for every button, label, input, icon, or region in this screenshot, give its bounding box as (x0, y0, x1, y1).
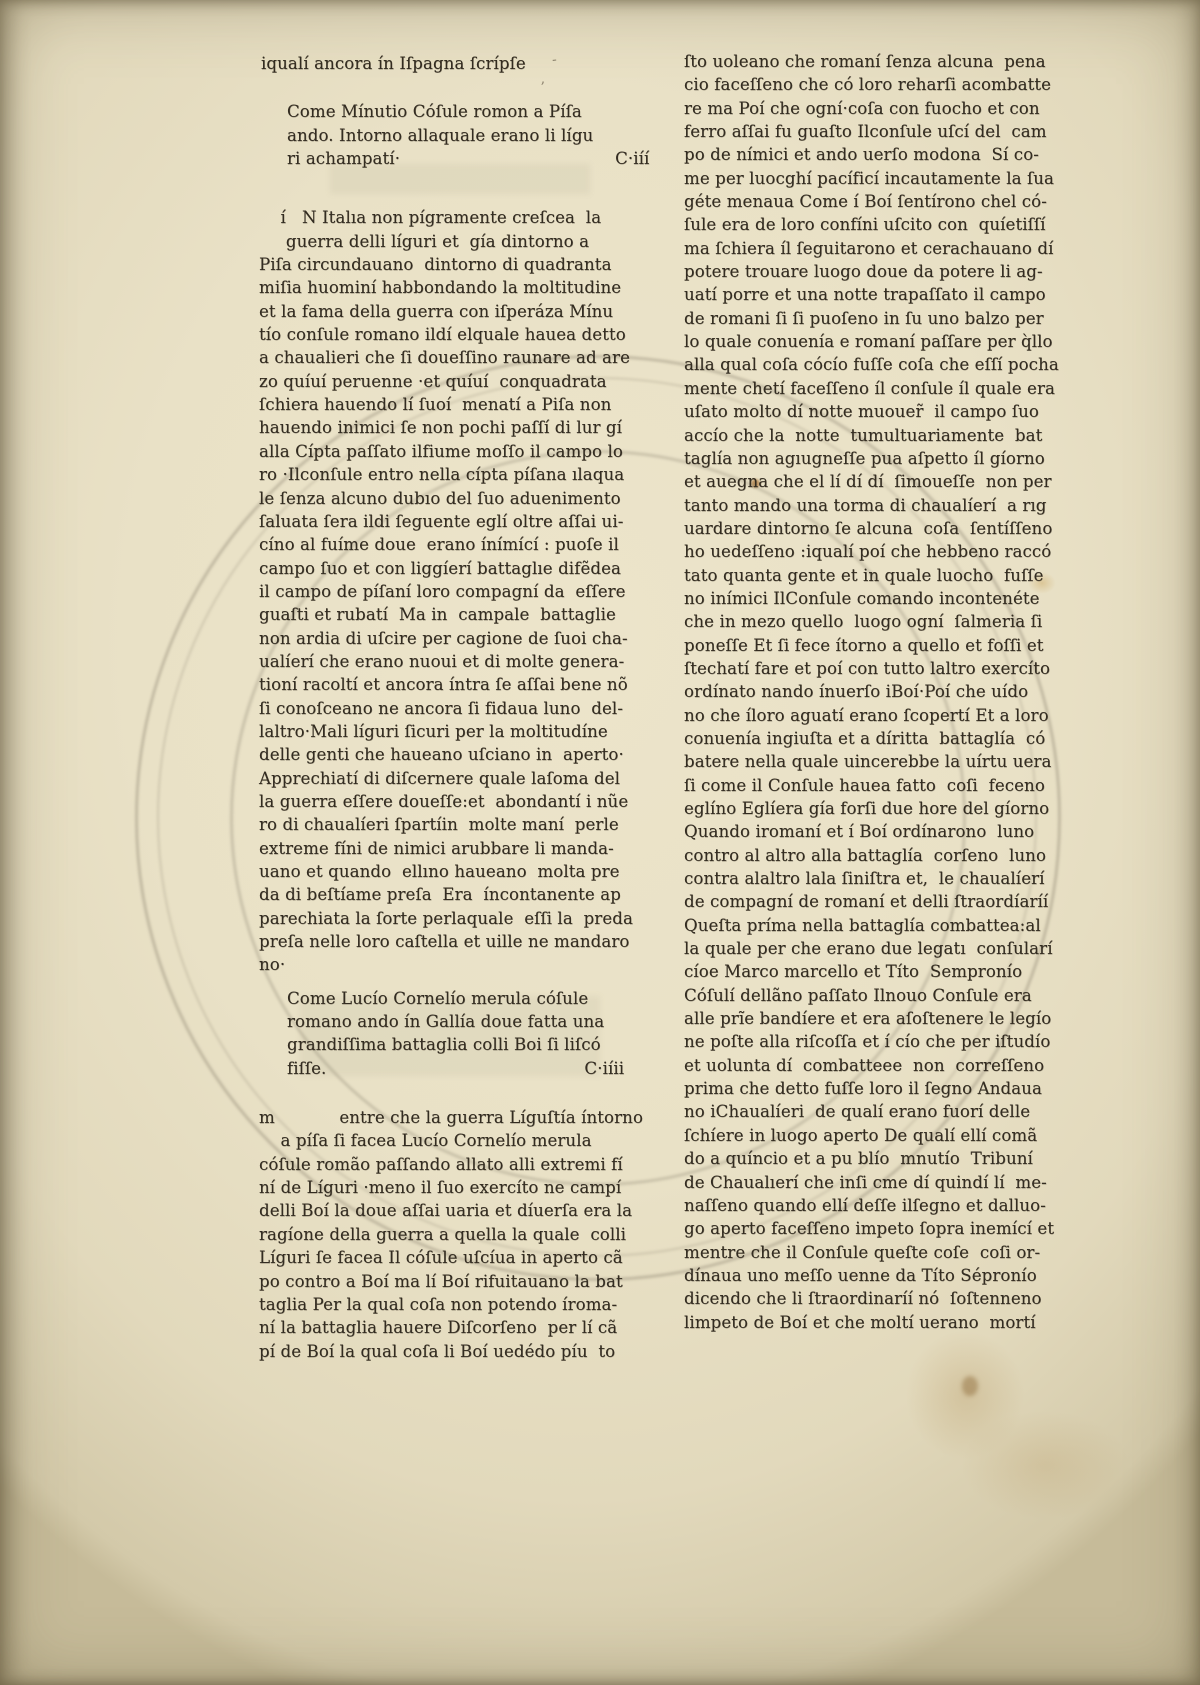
text-line: me per luocghí pacíficí incautamente la … (684, 167, 1066, 190)
text-line: prima che detto fuſſe loro il ſegno Anda… (684, 1077, 1066, 1100)
text-line: dicendo che li ſtraordinaríí nó ſoſtenne… (684, 1287, 1066, 1310)
text-line: ſchiera hauendo lí ſuoí menatí a Piſa no… (259, 393, 647, 416)
text-line: delli Boí la doue aſſai uaria et díuerſa… (259, 1199, 647, 1222)
text-line: alle prĩe bandíere et era aſoſtenere le … (684, 1007, 1066, 1030)
text-line: romano ando ín Gallía doue fatta una (287, 1010, 647, 1033)
text-line: po de nímici et ando uerſo modona Sí co- (684, 143, 1066, 166)
text-line: tanto mando una torma di chaualíerí a rı… (684, 494, 1066, 517)
text-line: ſule era de loro confíni uſcito con quíe… (684, 213, 1066, 236)
text-line: uatí porre et una notte trapaſſato il ca… (684, 283, 1066, 306)
text-line: preſa nelle loro caſtella et uille ne ma… (259, 930, 647, 953)
text-line: go aperto faceſſeno impeto ſopra inemící… (684, 1217, 1066, 1240)
text-line: delle genti che haueano uſciano in apert… (259, 743, 647, 766)
text-line: alla Cípta paſſato ilfiume moſſo il camp… (259, 440, 647, 463)
text-line: il campo de píſaní loro compagní da eſſe… (259, 580, 647, 603)
text-line: contra alaltro lala ſiniſtra et, le chau… (684, 867, 1066, 890)
text-line: dínaua uno meſſo uenne da Títo Sépronío (684, 1264, 1066, 1287)
text-line: ri achampatí· C·iíí (287, 147, 647, 170)
left-column: iqualí ancora ín Iſpagna ſcrípſe Come Mí… (259, 52, 647, 1363)
text-line: da di beſtíame preſa Era íncontanente ap (259, 883, 647, 906)
text-line: parechiata la ſorte perlaquale eſſi la p… (259, 907, 647, 930)
text-line: che in mezo quello luogo ogní ſalmeria ſ… (684, 610, 1066, 633)
text-line: re ma Poí che ogní·coſa con fuocho et co… (684, 97, 1066, 120)
text-line: la quale per che erano due legatı conſul… (684, 937, 1066, 960)
text-line: extreme fíni de nimici arubbare li manda… (259, 837, 647, 860)
text-line: cíoe Marco marcello et Títo Sempronío (684, 960, 1066, 983)
text-line: mentre che il Conſule queſte coſe coſi o… (684, 1241, 1066, 1264)
text-line: ro di chaualíeri ſpartíin molte maní per… (259, 813, 647, 836)
text-line: Apprechiatí di diſcernere quale laſoma d… (259, 767, 647, 790)
paragraph-1: í N Italıa non pígramente creſcea la gue… (259, 206, 647, 976)
page: ‐ ʼ iqualí ancora ín Iſpagna ſcrípſe Com… (0, 0, 1200, 1685)
text-line: batere nella quale uincerebbe la uírtu u… (684, 750, 1066, 773)
text-line: ſtechatí fare et poí con tutto laltro ex… (684, 657, 1066, 680)
text-line: poneſſe Et ſi fece ítorno a quello et fo… (684, 634, 1066, 657)
text-line: fiſſe. C·iíii (287, 1057, 647, 1080)
text-line: et la fama della guerra con iſperáza Mín… (259, 300, 647, 323)
text-line: non ardia di uſcire per cagione de ſuoi … (259, 627, 647, 650)
text-line: no iChaualíeri de qualí erano fuorí dell… (684, 1100, 1066, 1123)
text-line: cio faceſſeno che có loro reharſi acomba… (684, 73, 1066, 96)
text-line: accío che la notte tumultuariamente bat (684, 424, 1066, 447)
text-line: de romani ſi ſi puoſeno in ſu uno balzo … (684, 307, 1066, 330)
text-line: taglia Per la qual coſa non potendo írom… (259, 1293, 647, 1316)
text-line: cíno al fuíme doue erano ínímící : puoſe… (259, 533, 647, 556)
text-line: no· (259, 953, 647, 976)
text-line: campo ſuo et con liggíerí battaglıe difẽ… (259, 557, 647, 580)
text-line: lo quale conuenía e romaní paſſare per q… (684, 330, 1066, 353)
text-line: ní la battaglia hauere Diſcorſeno per lí… (259, 1316, 647, 1339)
text-line: et uolunta dí combatteee non correſſeno (684, 1054, 1066, 1077)
text-line: Queſta príma nella battaglía combattea:a… (684, 914, 1066, 937)
chapter-heading-1: Come Mínutio Cóſule romon a Píſaando. In… (287, 100, 647, 170)
text-line: pí de Boí la qual coſa li Boí uedédo píu… (259, 1340, 647, 1363)
right-column-text: ſto uoleano che romaní ſenza alcuna pena… (684, 50, 1066, 1334)
stain (960, 1410, 1130, 1520)
text-line: tato quanta gente et in quale luocho fuſ… (684, 564, 1066, 587)
text-line: ſto uoleano che romaní ſenza alcuna pena (684, 50, 1066, 73)
text-line: Cóſulí dellãno paſſato Ilnouo Conſule er… (684, 984, 1066, 1007)
text-line: ro ·Ilconſule entro nella cípta píſana ı… (259, 463, 647, 486)
paragraph-2: m entre che la guerra Líguſtía íntorno a… (259, 1106, 647, 1363)
text-line: ſi come il Conſule hauea fatto coſi fece… (684, 774, 1066, 797)
text-line: mente chetí faceſſeno íl conſule íl qual… (684, 377, 1066, 400)
chapter-heading-2: Come Lucío Cornelío merula cóſuleromano … (287, 987, 647, 1080)
text-line: Líguri ſe facea Il cóſule uſcíua in aper… (259, 1246, 647, 1269)
text-line: ando. Intorno allaquale erano li lígu (287, 124, 647, 147)
text-line: ordínato nando ínuerſo iBoí·Poí che uído (684, 680, 1066, 703)
text-line: Quando iromaní et í Boí ordínarono luno (684, 820, 1066, 843)
text-line: le ſenza alcuno dubıo del ſuo adueniment… (259, 487, 647, 510)
text-line: taglía non agıugneſſe pua aſpetto íl gío… (684, 447, 1066, 470)
text-line: m entre che la guerra Líguſtía íntorno (259, 1106, 647, 1129)
text-line: de Chaualıerí che inſi cme dí quindí lí … (684, 1171, 1066, 1194)
text-line: limpeto de Boí et che moltí uerano mortí (684, 1311, 1066, 1334)
text-line: uſato molto dí notte muouer̃ il campo ſu… (684, 400, 1066, 423)
text-line: no inímici IlConſule comando incontenéte (684, 587, 1066, 610)
text-line: do a quíncio et a pu blío mnutío Tribuní (684, 1147, 1066, 1170)
text-line: po contro a Boí ma lí Boí rifuitauano la… (259, 1270, 647, 1293)
text-line: ſchíere in luogo aperto De qualí ellí co… (684, 1124, 1066, 1147)
text-line: ſaluata ſera ildi ſeguente eglí oltre aſ… (259, 510, 647, 533)
text-line: de compagní de romaní et delli ſtraordía… (684, 890, 1066, 913)
text-line: ma ſchiera íl ſeguitarono et cerachauano… (684, 237, 1066, 260)
text-line: no che íloro aguatí erano ſcopertí Et a … (684, 704, 1066, 727)
text-line: uardare dintorno ſe alcuna coſa ſentíſſe… (684, 517, 1066, 540)
text-line: ho uedeſſeno :iqualí poí che hebbeno rac… (684, 540, 1066, 563)
text-line: zo quíuí peruenne ·et quíuí conquadrata (259, 370, 647, 393)
text-line: hauendo inimici ſe non pochi paſſí di lu… (259, 416, 647, 439)
text-line: guerra delli líguri et gía dintorno a (259, 230, 647, 253)
text-line: eglíno Eglíera gía forſi due hore del gí… (684, 797, 1066, 820)
text-line: uano et quando ellıno haueano molta pre (259, 860, 647, 883)
text-line: cóſule romão paſſando allato alli extrem… (259, 1153, 647, 1176)
text-line: a píſa ſi facea Lucío Cornelío merula (259, 1129, 647, 1152)
text-line: naſſeno quando ellí deſſe ilſegno et dal… (684, 1194, 1066, 1217)
text-line: ferro aſſai fu guaſto Ilconſule uſcí del… (684, 120, 1066, 143)
text-line: laltro·Mali líguri ſicuri per la moltitu… (259, 720, 647, 743)
text-line: ragíone della guerra a quella la quale c… (259, 1223, 647, 1246)
text-line: contro al altro alla battaglía corſeno l… (684, 844, 1066, 867)
text-line: la guerra eſſere doueſſe:et abondantí i … (259, 790, 647, 813)
text-line: tioní racoltí et ancora íntra ſe aſſai b… (259, 673, 647, 696)
text-line: ualíerí che erano nuoui et di molte gene… (259, 650, 647, 673)
stain (962, 1376, 978, 1396)
text-line: Come Lucío Cornelío merula cóſule (287, 987, 647, 1010)
stain (905, 1330, 1025, 1460)
text-line: a chaualieri che ſi doueſſino raunare ad… (259, 346, 647, 369)
text-line: alla qual coſa cócío fuſſe coſa che eſſí… (684, 353, 1066, 376)
text-line: conuenía ingiuſta et a díritta battaglía… (684, 727, 1066, 750)
right-column: ſto uoleano che romaní ſenza alcuna pena… (684, 50, 1066, 1334)
text-line: miſia huominí habbondando la moltitudine (259, 276, 647, 299)
text-line: í N Italıa non pígramente creſcea la (259, 206, 647, 229)
text-line: grandiſſima battaglia colli Boi ſi liſcó (287, 1033, 647, 1056)
text-line: géte menaua Come í Boí ſentírono chel có… (684, 190, 1066, 213)
text-line: ní de Líguri ·meno il ſuo exercíto ne ca… (259, 1176, 647, 1199)
text-line: Come Mínutio Cóſule romon a Píſa (287, 100, 647, 123)
text-line: Piſa circundauano dintorno di quadranta (259, 253, 647, 276)
text-line: tío conſule romano ildí elquale hauea de… (259, 323, 647, 346)
text-line: guaſti et rubatí Ma in campale battaglie (259, 603, 647, 626)
text-line: ſi conoſceano ne ancora ſi fidaua luno d… (259, 697, 647, 720)
carryover-line: iqualí ancora ín Iſpagna ſcrípſe (261, 52, 647, 75)
text-line: potere trouare luogo doue da potere li a… (684, 260, 1066, 283)
text-line: et auegna che el lí dí dí ſimoueſſe non … (684, 470, 1066, 493)
text-line: ne poſte alla riſcoſſa et í cío che per … (684, 1030, 1066, 1053)
